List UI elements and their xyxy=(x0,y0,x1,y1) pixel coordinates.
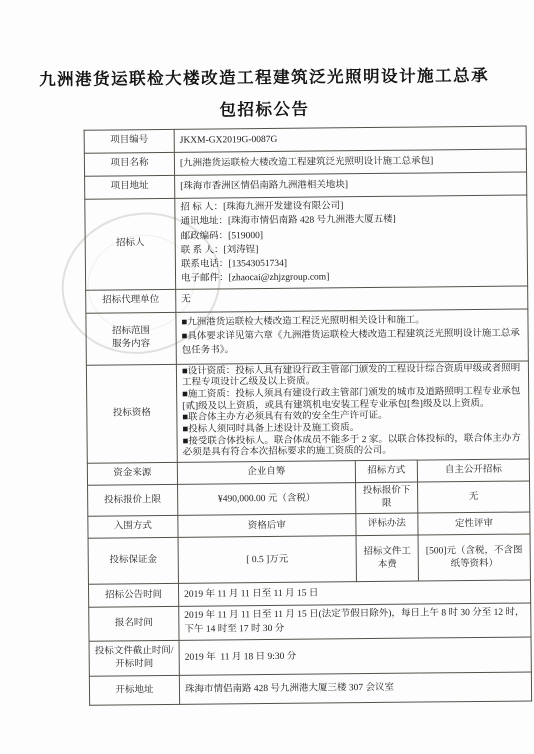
project-addr-label: 项目地址 xyxy=(85,175,175,199)
project-name-label: 项目名称 xyxy=(84,152,174,176)
tenderer-value: 招 标 人：[珠海九洲开发建设有限公司] 通讯地址：[珠海市情侣南路 428 号… xyxy=(175,195,528,289)
qualification-label: 投标资格 xyxy=(86,364,177,463)
tender-method-label: 招标方式 xyxy=(355,460,417,483)
evaluation-label: 评标办法 xyxy=(356,514,418,537)
price-floor-value: 无 xyxy=(418,481,530,514)
scope-value: ■九洲港货运联检大楼改造工程泛光照明相关设计和施工。 ■具体要求详见第六章《九洲… xyxy=(176,308,529,363)
price-cap-label: 投标报价上限 xyxy=(88,484,178,516)
table-row: 投标保证金 [ 0.5 ]万元 招标文件工本费 [500]元（含税，不含图纸等资… xyxy=(88,534,530,584)
table-row: 投标报价上限 ¥490,000.00 元（含税） 投标报价下限 无 xyxy=(88,481,530,517)
table-row: 投标文件截止时间/开标时间 2019 年 11 月 18 日 9:30 分 xyxy=(89,637,531,676)
open-addr-label: 开标地址 xyxy=(89,676,179,706)
document-page: 九洲港货运联检大楼改造工程建筑泛光照明设计施工总承 包招标公告 项目编号 JKX… xyxy=(0,0,534,754)
scope-label: 招标范围 服务内容 xyxy=(86,312,176,365)
signup-time-label: 报名时间 xyxy=(89,607,179,642)
project-addr-value: [珠海市香洲区情侣南路九洲港相关地块] xyxy=(175,172,527,198)
table-row: 投标资格 ■设计资质：投标人具有建设行政主管部门颁发的工程设计综合资质甲级或者照… xyxy=(86,360,529,463)
funding-label: 资金来源 xyxy=(87,462,177,485)
agency-value: 无 xyxy=(176,285,528,311)
announce-time-value: 2019 年 11 月 11 日至 11 月 15 日 xyxy=(178,580,530,606)
table-row: 开标地址 珠海市情侣南路 428 号九洲港大厦三楼 307 会议室 xyxy=(89,672,531,705)
project-no-label: 项目编号 xyxy=(84,129,174,153)
deadline-label: 投标文件截止时间/开标时间 xyxy=(89,641,179,677)
evaluation-value: 定性评审 xyxy=(418,512,530,535)
price-cap-value: ¥490,000.00 元（含税） xyxy=(178,483,356,516)
doc-fee-label: 招标文件工本费 xyxy=(356,536,418,583)
tenderer-label: 招标人 xyxy=(85,198,176,289)
project-name-value: [九洲港货运联检大楼改造工程建筑泛光照明设计施工总承包] xyxy=(174,149,526,175)
signup-time-value: 2019 年 11 月 11 日至 11 月 15 日(法定节假日除外)，每日上… xyxy=(179,603,531,640)
tender-method-value: 自主公开招标 xyxy=(417,459,529,482)
shortlist-label: 入围方式 xyxy=(88,516,178,539)
announce-time-label: 招标公告时间 xyxy=(88,584,178,608)
funding-value: 企业自筹 xyxy=(177,461,355,485)
scanned-sheet: 九洲港货运联检大楼改造工程建筑泛光照明设计施工总承 包招标公告 项目编号 JKX… xyxy=(0,0,534,754)
open-addr-value: 珠海市情侣南路 428 号九洲港大厦三楼 307 会议室 xyxy=(179,672,531,704)
agency-label: 招标代理单位 xyxy=(86,289,176,313)
page-title: 九洲港货运联检大楼改造工程建筑泛光照明设计施工总承 包招标公告 xyxy=(33,60,496,129)
qualification-value: ■设计资质：投标人具有建设行政主管部门颁发的工程设计综合资质甲级或者照明工程专项… xyxy=(176,360,529,462)
project-no-value: JKXM-GX2019G-0087G xyxy=(174,126,526,152)
shortlist-value: 资格后审 xyxy=(178,514,356,538)
deadline-value: 2019 年 11 月 18 日 9:30 分 xyxy=(179,637,531,675)
deposit-label: 投标保证金 xyxy=(88,538,178,585)
table-row: 报名时间 2019 年 11 月 11 日至 11 月 15 日(法定节假日除外… xyxy=(89,603,531,641)
price-floor-label: 投标报价下限 xyxy=(356,482,418,514)
doc-fee-value: [500]元（含税，不含图纸等资料） xyxy=(418,534,530,581)
table-row: 招标人 招 标 人：[珠海九洲开发建设有限公司] 通讯地址：[珠海市情侣南路 4… xyxy=(85,195,528,290)
deposit-value: [ 0.5 ]万元 xyxy=(178,536,356,584)
tender-notice-table: 项目编号 JKXM-GX2019G-0087G 项目名称 [九洲港货运联检大楼改… xyxy=(84,125,533,706)
table-row: 招标范围 服务内容 ■九洲港货运联检大楼改造工程泛光照明相关设计和施工。 ■具体… xyxy=(86,308,529,364)
